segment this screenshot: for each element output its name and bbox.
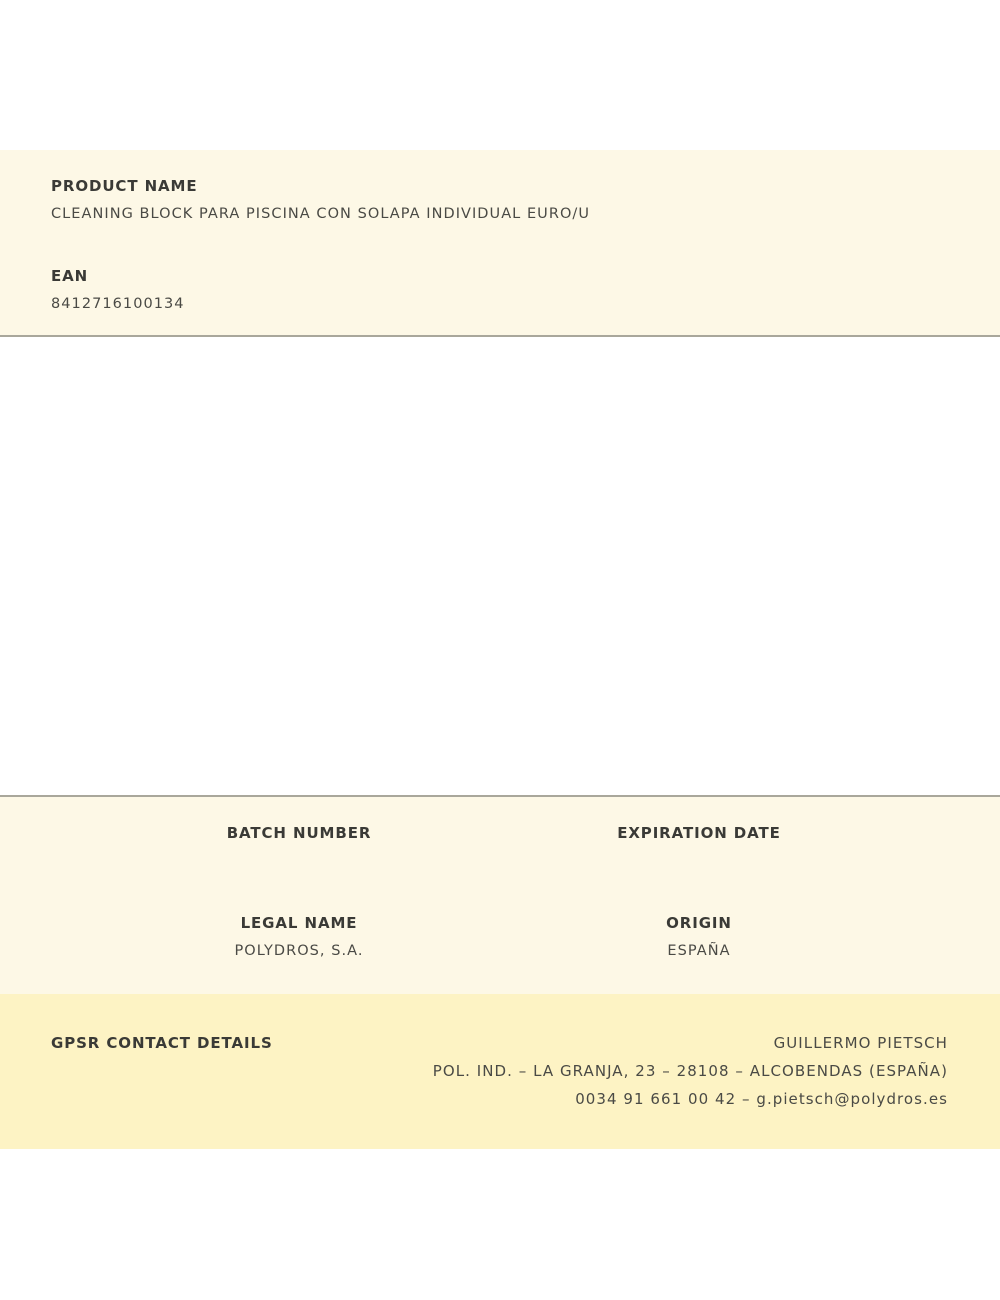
contact-name: GUILLERMO PIETSCH <box>433 1034 948 1052</box>
contact-address: POL. IND. – LA GRANJA, 23 – 28108 – ALCO… <box>433 1062 948 1080</box>
origin-cell: ORIGIN ESPAÑA <box>499 914 899 960</box>
legal-name-cell: LEGAL NAME POLYDROS, S.A. <box>99 914 499 960</box>
expiration-date-cell: EXPIRATION DATE <box>499 824 899 852</box>
contact-phone-email: 0034 91 661 00 42 – g.pietsch@polydros.e… <box>433 1090 948 1108</box>
ean-value: 8412716100134 <box>51 295 185 313</box>
batch-number-cell: BATCH NUMBER <box>99 824 499 852</box>
product-details-section: BATCH NUMBER EXPIRATION DATE LEGAL NAME … <box>0 795 1000 996</box>
contact-details: GUILLERMO PIETSCH POL. IND. – LA GRANJA,… <box>433 1034 948 1118</box>
expiration-date-label: EXPIRATION DATE <box>499 824 899 842</box>
gpsr-contact-label: GPSR CONTACT DETAILS <box>51 1034 273 1052</box>
product-info-section: PRODUCT NAME CLEANING BLOCK PARA PISCINA… <box>0 150 1000 337</box>
legal-name-value: POLYDROS, S.A. <box>99 942 499 960</box>
batch-number-label: BATCH NUMBER <box>99 824 499 842</box>
origin-value: ESPAÑA <box>499 942 899 960</box>
product-name-label: PRODUCT NAME <box>51 177 198 195</box>
product-name-value: CLEANING BLOCK PARA PISCINA CON SOLAPA I… <box>51 205 590 223</box>
ean-label: EAN <box>51 267 88 285</box>
gpsr-contact-section: GPSR CONTACT DETAILS GUILLERMO PIETSCH P… <box>0 994 1000 1149</box>
legal-name-label: LEGAL NAME <box>99 914 499 932</box>
origin-label: ORIGIN <box>499 914 899 932</box>
